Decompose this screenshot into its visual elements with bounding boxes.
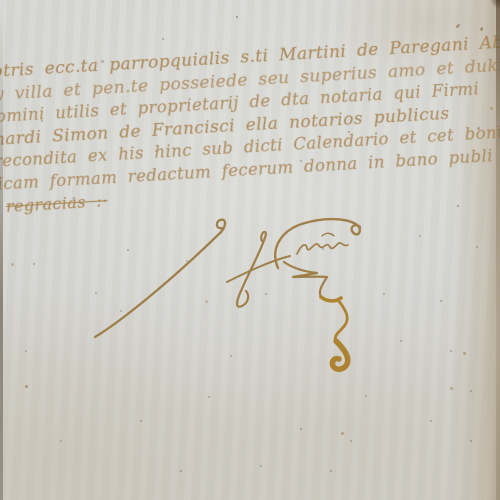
page-corner-shadow	[486, 0, 500, 12]
signature-tilde-stroke	[322, 233, 334, 236]
signature-zigzag-stroke	[284, 262, 327, 297]
signature-letters-stroke	[297, 243, 348, 254]
manuscript-photo: btris ecc.ta parropquialis s.ti Martini …	[0, 0, 500, 500]
signature-cross-stroke	[227, 256, 290, 282]
signature-flourish	[0, 0, 500, 500]
signature-sweep-stroke	[95, 220, 225, 337]
signature-ribbon-stroke	[332, 341, 347, 369]
signature-descender-stroke	[335, 300, 347, 341]
page-left-edge	[0, 0, 3, 500]
page-right-edge	[496, 0, 500, 500]
